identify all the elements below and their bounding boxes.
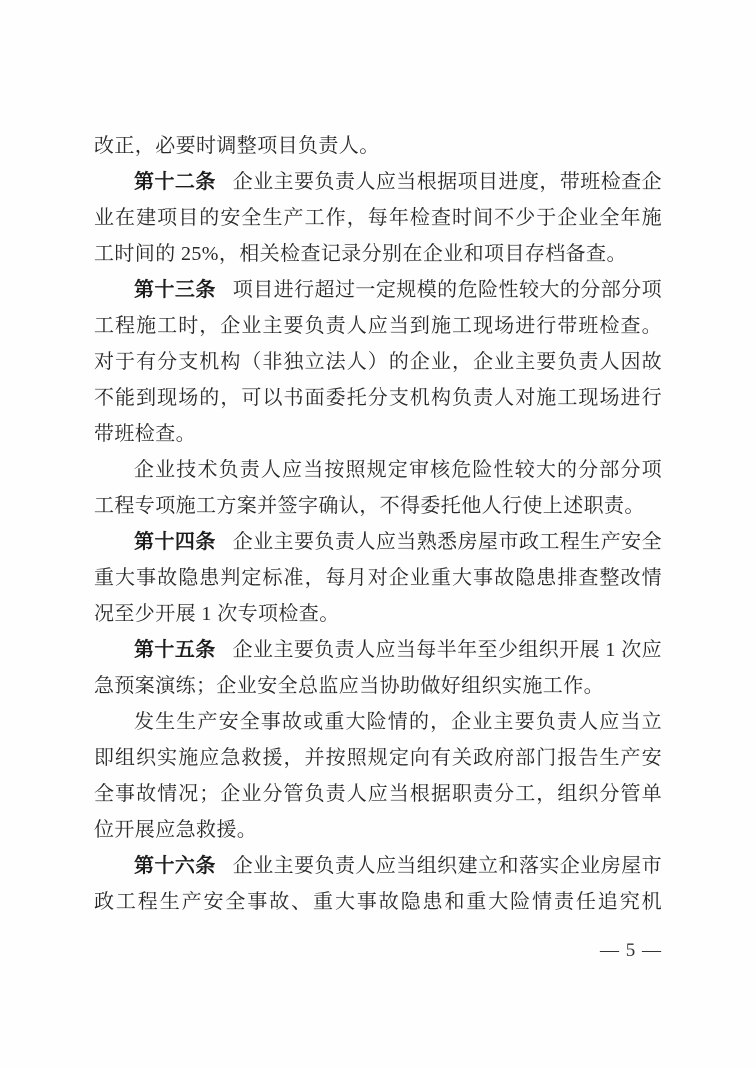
paragraph-text: 发生生产安全事故或重大险情的，企业主要负责人应当立即组织实施应急救援，并按照规定… — [94, 711, 662, 841]
paragraph-article-14: 第十四条企业主要负责人应当熟悉房屋市政工程生产安全重大事故隐患判定标准，每月对企… — [94, 524, 662, 632]
paragraph-article-16: 第十六条企业主要负责人应当组织建立和落实企业房屋市政工程生产安全事故、重大事故隐… — [94, 848, 662, 920]
paragraph: 企业技术负责人应当按照规定审核危险性较大的分部分项工程专项施工方案并签字确认，不… — [94, 452, 662, 524]
paragraph-text: 项目进行超过一定规模的危险性较大的分部分项工程施工时，企业主要负责人应当到施工现… — [94, 279, 662, 445]
paragraph-article-13: 第十三条项目进行超过一定规模的危险性较大的分部分项工程施工时，企业主要负责人应当… — [94, 272, 662, 452]
paragraph-article-15: 第十五条企业主要负责人应当每半年至少组织开展 1 次应急预案演练；企业安全总监应… — [94, 632, 662, 704]
article-number: 第十六条 — [134, 855, 216, 877]
page-number: — 5 — — [540, 940, 662, 962]
paragraph: 改正，必要时调整项目负责人。 — [94, 128, 662, 164]
document-body: 改正，必要时调整项目负责人。 第十二条企业主要负责人应当根据项目进度，带班检查企… — [94, 128, 662, 920]
paragraph-text: 企业技术负责人应当按照规定审核危险性较大的分部分项工程专项施工方案并签字确认，不… — [94, 459, 662, 517]
article-number: 第十三条 — [134, 279, 216, 301]
document-page: 改正，必要时调整项目负责人。 第十二条企业主要负责人应当根据项目进度，带班检查企… — [0, 0, 756, 1068]
paragraph: 发生生产安全事故或重大险情的，企业主要负责人应当立即组织实施应急救援，并按照规定… — [94, 704, 662, 848]
paragraph-text: 改正，必要时调整项目负责人。 — [94, 135, 380, 157]
paragraph-article-12: 第十二条企业主要负责人应当根据项目进度，带班检查企业在建项目的安全生产工作，每年… — [94, 164, 662, 272]
article-number: 第十四条 — [134, 531, 216, 553]
article-number: 第十五条 — [134, 639, 216, 661]
article-number: 第十二条 — [134, 171, 216, 193]
